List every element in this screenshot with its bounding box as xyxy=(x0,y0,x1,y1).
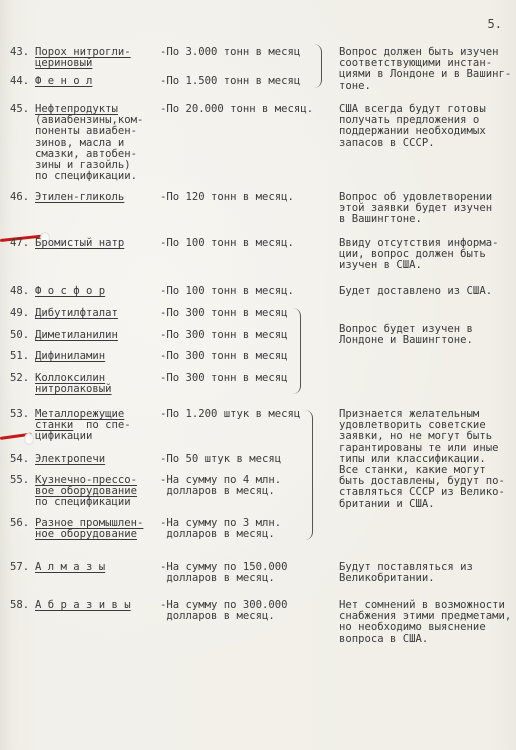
item-number: 44. xyxy=(10,76,29,87)
item-quantity: -По 300 тонн в месяц xyxy=(160,351,288,362)
item-quantity: -На сумму по 3 млн. долларов в месяц. xyxy=(160,518,281,540)
item-number: 56. xyxy=(10,518,29,529)
item-name: Металлорежущиестанки по спе-цификации xyxy=(35,409,131,443)
response-note: Вопрос должен быть изученсоответствующим… xyxy=(339,47,511,92)
item-name: Кузнечно-прессо-вое оборудованиепо специ… xyxy=(35,475,137,509)
item-number: 43. xyxy=(10,47,29,58)
document-page: 5. 43.Порох нитрогли-цериновый-По 3.000 … xyxy=(0,0,516,750)
response-note: Вопрос будет изучен вЛондоне и Вашингтон… xyxy=(339,324,473,346)
item-name: А л м а з ы xyxy=(35,562,105,573)
item-name: Порох нитрогли-цериновый xyxy=(35,47,131,69)
item-number: 57. xyxy=(10,562,29,573)
item-name: Электропечи xyxy=(35,454,105,465)
item-quantity: -По 300 тонн в месяц xyxy=(160,308,288,319)
response-note: Будет доставлено из США. xyxy=(339,286,492,297)
item-quantity: -На сумму по 150.000 долларов в месяц. xyxy=(160,562,288,584)
item-number: 51. xyxy=(10,351,29,362)
item-name: Бромистый натр xyxy=(35,238,124,249)
binding-hole-lower xyxy=(24,433,34,445)
response-note: Вопрос об удовлетворенииэтой заявки буде… xyxy=(339,192,492,226)
item-name: Дифиниламин xyxy=(35,351,105,362)
item-name: Ф е н о л xyxy=(35,76,92,87)
item-number: 49. xyxy=(10,308,29,319)
item-number: 45. xyxy=(10,104,29,115)
item-number: 55. xyxy=(10,475,29,486)
item-quantity: -На сумму по 300.000 долларов в месяц. xyxy=(160,600,288,622)
item-quantity: -По 50 штук в месяц xyxy=(160,454,281,465)
item-name: Этилен-гликоль xyxy=(35,192,124,203)
item-name: Коллоксилиннитролаковый xyxy=(35,373,112,395)
item-quantity: -По 1.200 штук в месяц xyxy=(160,409,300,420)
item-number: 50. xyxy=(10,330,29,341)
response-note: США всегда будут готовыполучать предложе… xyxy=(339,104,486,149)
item-name: Диметиланилин xyxy=(35,330,118,341)
item-name: Ф о с ф о р xyxy=(35,286,105,297)
item-number: 47. xyxy=(10,238,29,249)
item-name: Разное промышлен-ное оборудование xyxy=(35,518,143,540)
item-quantity: -На сумму по 4 млн. долларов в месяц. xyxy=(160,475,281,497)
item-number: 48. xyxy=(10,286,29,297)
brace-49-52 xyxy=(292,308,301,394)
response-note: Нет сомнений в возможностиснабжения этим… xyxy=(339,600,511,645)
item-name: А б р а з и в ы xyxy=(35,600,131,611)
item-quantity: -По 100 тонн в месяц. xyxy=(160,286,294,297)
item-quantity: -По 300 тонн в месяц xyxy=(160,330,288,341)
response-note: Признается желательнымудовлетворить сове… xyxy=(339,409,505,510)
item-quantity: -По 20.000 тонн в месяц. xyxy=(160,104,313,115)
item-quantity: -По 1.500 тонн в месяц xyxy=(160,76,300,87)
item-number: 46. xyxy=(10,192,29,203)
item-quantity: -По 120 тонн в месяц. xyxy=(160,192,294,203)
item-quantity: -По 3.000 тонн в месяц xyxy=(160,47,300,58)
item-number: 54. xyxy=(10,454,29,465)
item-name: Нефтепродукты(авиабензины,ком-поненты ав… xyxy=(35,104,143,182)
item-quantity: -По 100 тонн в месяц. xyxy=(160,238,294,249)
item-number: 53. xyxy=(10,409,29,420)
item-name: Дибутилфталат xyxy=(35,308,118,319)
brace-43-44 xyxy=(313,44,322,88)
page-number: 5. xyxy=(488,17,502,31)
response-note: Будут поставляться изВеликобритании. xyxy=(339,562,473,584)
item-number: 52. xyxy=(10,373,29,384)
brace-53-56 xyxy=(304,410,313,540)
item-quantity: -По 300 тонн в месяц xyxy=(160,373,288,384)
response-note: Ввиду отсутствия информа-ции, вопрос дол… xyxy=(339,238,498,272)
item-number: 58. xyxy=(10,600,29,611)
